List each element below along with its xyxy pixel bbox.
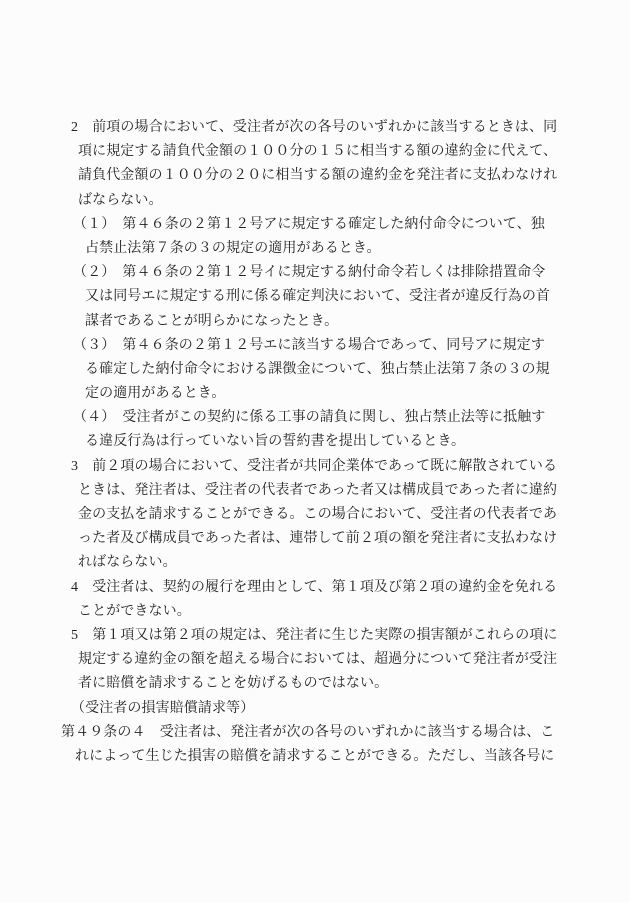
text-line: （４） 受注者がこの契約に係る工事の請負に関し、独占禁止法等に抵触す [61, 406, 601, 430]
text-line: 項に規定する請負代金額の１００分の１５に相当する額の違約金に代えて、 [61, 140, 601, 164]
text-line: ればならない。 [61, 551, 601, 575]
text-line: 占禁止法第７条の３の規定の適用があるとき。 [61, 237, 601, 261]
contract-text: 2 前項の場合において、受注者が次の各号のいずれかに該当するときは、同項に規定す… [61, 116, 601, 769]
text-line: 4 受注者は、契約の履行を理由として、第１項及び第２項の違約金を免れる [61, 576, 601, 600]
text-line: 請負代金額の１００分の２０に相当する額の違約金を発注者に支払わなけれ [61, 164, 601, 188]
text-line: 5 第１項又は第２項の規定は、発注者に生じた実際の損害額がこれらの項に [61, 624, 601, 648]
block-paragraph-0: 2 前項の場合において、受注者が次の各号のいずれかに該当するときは、同項に規定す… [61, 116, 601, 213]
text-line: った者及び構成員であった者は、連帯して前２項の額を発注者に支払わなけ [61, 527, 601, 551]
block-item-1: （１） 第４６条の２第１２号アに規定する確定した納付命令について、独占禁止法第７… [61, 213, 601, 261]
text-line: 2 前項の場合において、受注者が次の各号のいずれかに該当するときは、同 [61, 116, 601, 140]
text-line: 謀者であることが明らかになったとき。 [61, 310, 601, 334]
block-paragraph-6: 4 受注者は、契約の履行を理由として、第１項及び第２項の違約金を免れることができ… [61, 576, 601, 624]
text-line: 者に賠償を請求することを妨げるものではない。 [61, 672, 601, 696]
text-line: 3 前２項の場合において、受注者が共同企業体であって既に解散されている [61, 455, 601, 479]
block-item-3: （３） 第４６条の２第１２号エに該当する場合であって、同号アに規定する確定した納… [61, 334, 601, 407]
block-paragraph-7: 5 第１項又は第２項の規定は、発注者に生じた実際の損害額がこれらの項に規定する違… [61, 624, 601, 697]
block-paragraph-5: 3 前２項の場合において、受注者が共同企業体であって既に解散されているときは、発… [61, 455, 601, 576]
text-line: 定の適用があるとき。 [61, 382, 601, 406]
text-line: （３） 第４６条の２第１２号エに該当する場合であって、同号アに規定す [61, 334, 601, 358]
text-line: ことができない。 [61, 600, 601, 624]
text-line: （１） 第４６条の２第１２号アに規定する確定した納付命令について、独 [61, 213, 601, 237]
text-line: 金の支払を請求することができる。この場合において、受注者の代表者であ [61, 503, 601, 527]
text-line: 又は同号エに規定する刑に係る確定判決において、受注者が違反行為の首 [61, 285, 601, 309]
text-line: 規定する違約金の額を超える場合においては、超過分について発注者が受注 [61, 648, 601, 672]
text-line: る確定した納付命令における課徴金について、独占禁止法第７条の３の規 [61, 358, 601, 382]
block-item-4: （４） 受注者がこの契約に係る工事の請負に関し、独占禁止法等に抵触する違反行為は… [61, 406, 601, 454]
block-article-9: 第４９条の４ 受注者は、発注者が次の各号のいずれかに該当する場合は、これによって… [61, 721, 601, 769]
block-item-2: （２） 第４６条の２第１２号イに規定する納付命令若しくは排除措置命令又は同号エに… [61, 261, 601, 334]
text-line: ときは、発注者は、受注者の代表者であった者又は構成員であった者に違約 [61, 479, 601, 503]
text-line: ばならない。 [61, 189, 601, 213]
text-line: れによって生じた損害の賠償を請求することができる。ただし、当該各号に [61, 745, 601, 769]
block-clause-heading-8: （受注者の損害賠償請求等） [61, 697, 601, 721]
text-line: る違反行為は行っていない旨の誓約書を提出しているとき。 [61, 430, 601, 454]
text-line: （受注者の損害賠償請求等） [61, 697, 601, 721]
text-line: （２） 第４６条の２第１２号イに規定する納付命令若しくは排除措置命令 [61, 261, 601, 285]
document-page: 2 前項の場合において、受注者が次の各号のいずれかに該当するときは、同項に規定す… [0, 0, 630, 903]
text-line: 第４９条の４ 受注者は、発注者が次の各号のいずれかに該当する場合は、こ [61, 721, 601, 745]
